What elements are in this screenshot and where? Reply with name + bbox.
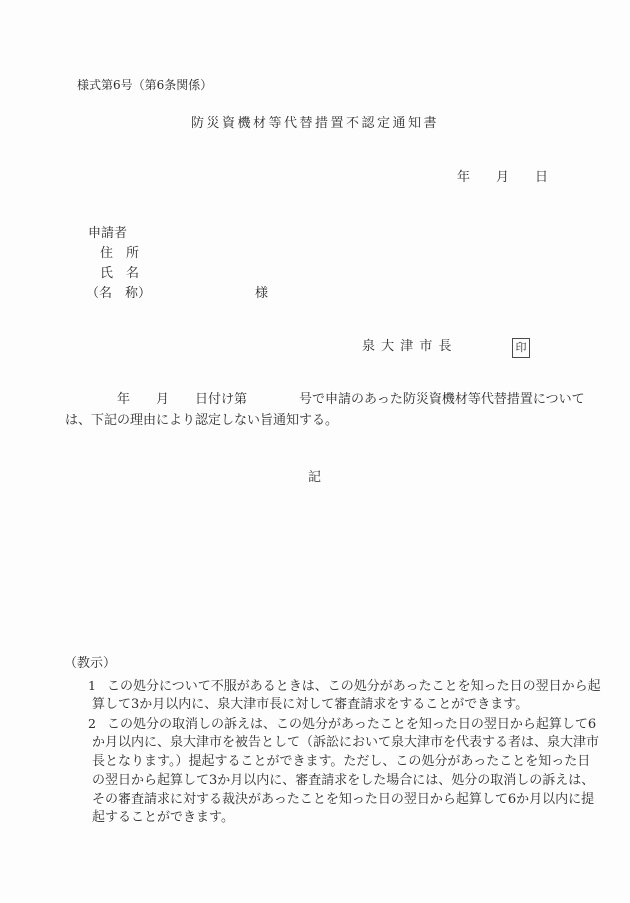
notice-item-text: この処分の取消しの訴えは、この処分があったことを知った日の翌日から起算して6 <box>107 717 596 732</box>
record-heading: 記 <box>0 471 630 485</box>
seal-mark: 印 <box>512 338 530 358</box>
body-line-1: 年 月 日付け第 号で申請のあった防災資機材等代替措置について <box>65 393 585 407</box>
document-page: 様式第6号（第6条関係） 防災資機材等代替措置不認定通知書 年 月 日 申請者 … <box>0 0 630 903</box>
applicant-org-label: （名 称） <box>86 287 151 301</box>
notice-item-line: 2この処分の取消しの訴えは、この処分があったことを知った日の翌日から起算して6 <box>88 717 596 732</box>
issuer-name: 泉 大 津 市 長 <box>362 340 453 354</box>
form-number: 様式第6号（第6条関係） <box>77 79 212 92</box>
notice-item-line: の翌日から起算して3か月以内に、審査請求をした場合には、処分の取消しの訴えは、 <box>92 774 594 788</box>
applicant-honorific: 様 <box>255 287 268 301</box>
notice-item-number: 1 <box>88 679 107 692</box>
notice-item-line: その審査請求に対する裁決があったことを知った日の翌日から起算して6か月以内に提 <box>92 793 594 807</box>
notice-item-number: 2 <box>88 717 107 730</box>
applicant-name-label: 氏 名 <box>100 267 139 281</box>
notice-heading: （教示） <box>64 657 116 671</box>
notice-item-line: 算して3か月以内に、泉大津市長に対して審査請求をすることができます。 <box>92 698 528 712</box>
notice-item-line: 1この処分について不服があるときは、この処分があったことを知った日の翌日から起 <box>88 679 601 694</box>
document-title: 防災資機材等代替措置不認定通知書 <box>0 117 630 131</box>
notice-item-line: 長となります。）提起することができます。ただし、この処分があったことを知った日 <box>92 755 590 769</box>
applicant-address-label: 住 所 <box>100 247 139 261</box>
body-line-2: は、下記の理由により認定しない旨通知する。 <box>65 414 338 428</box>
date-line: 年 月 日 <box>457 171 548 185</box>
applicant-label: 申請者 <box>88 227 127 241</box>
notice-item-line: 起することができます。 <box>92 811 234 825</box>
notice-item-text: この処分について不服があるときは、この処分があったことを知った日の翌日から起 <box>107 679 601 694</box>
notice-item-line: か月以内に、泉大津市を被告として（訴訟において泉大津市を代表する者は、泉大津市 <box>92 736 599 750</box>
